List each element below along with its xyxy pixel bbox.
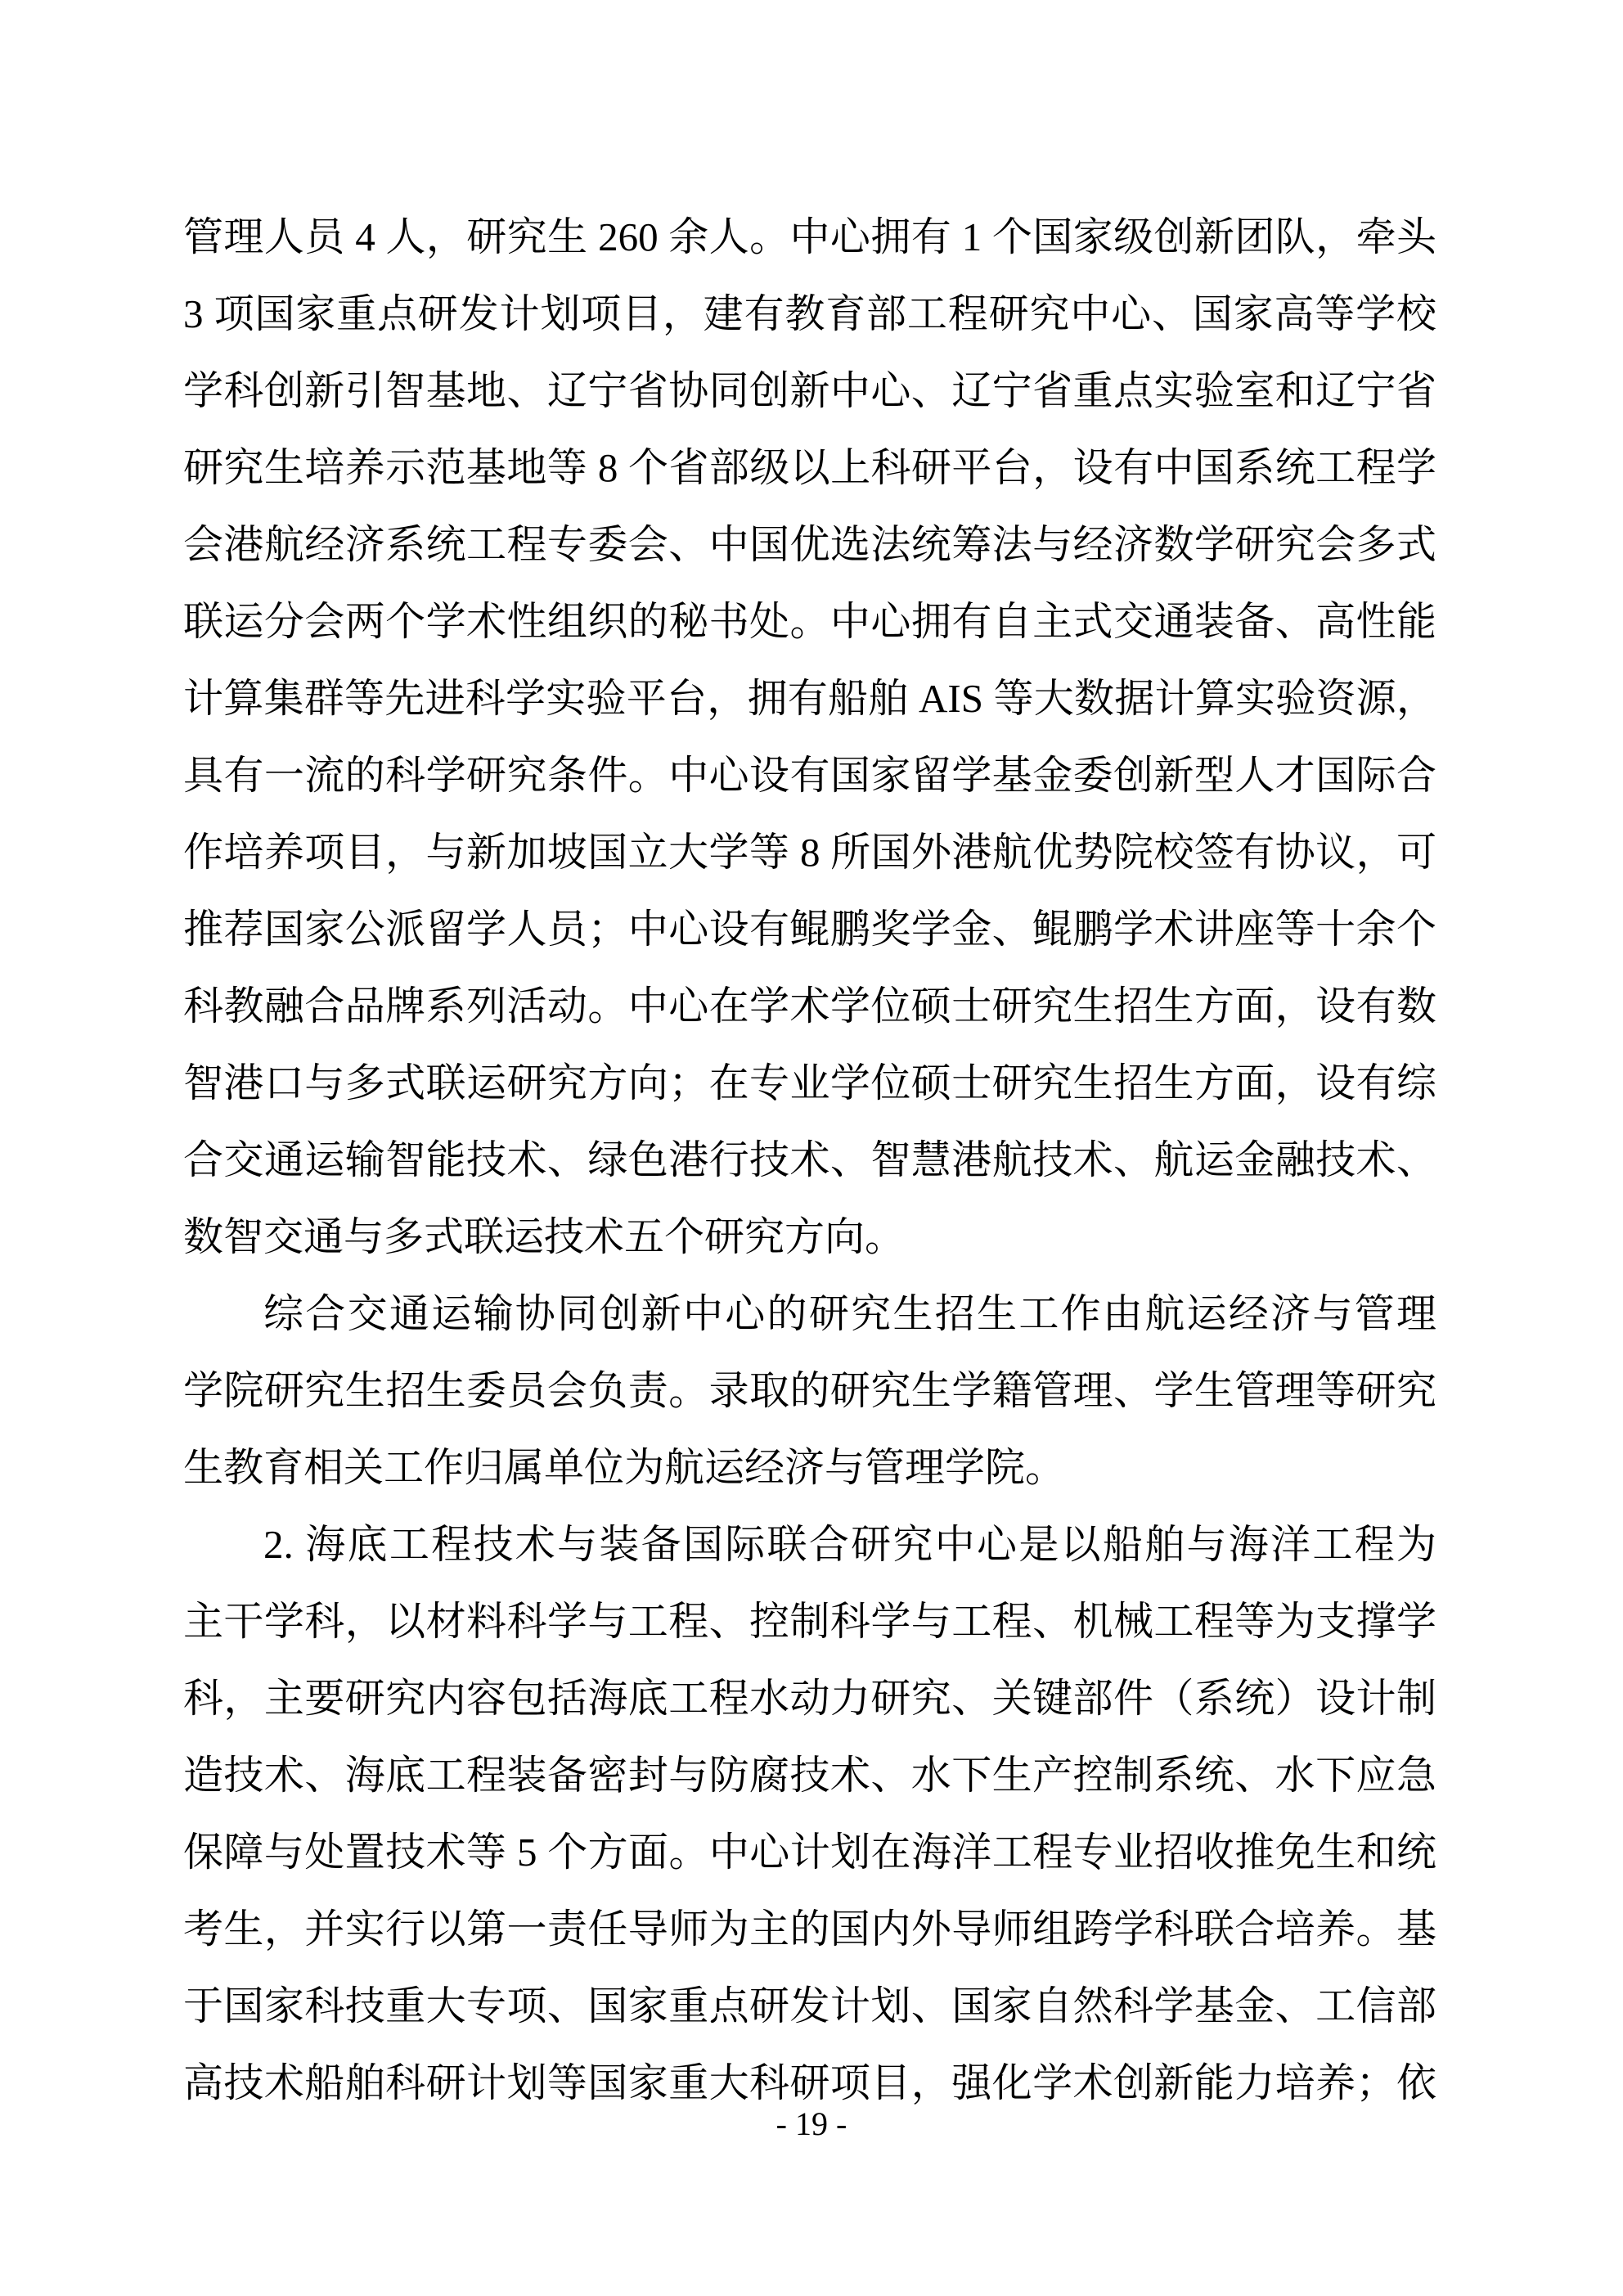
text-line: 计算集群等先进科学实验平台，拥有船舶 AIS 等大数据计算实验资源，: [183, 660, 1436, 737]
page-number: - 19 -: [0, 2108, 1623, 2141]
text-line: 科，主要研究内容包括海底工程水动力研究、关键部件（系统）设计制: [183, 1660, 1436, 1737]
text-line: 科教融合品牌系列活动。中心在学术学位硕士研究生招生方面，设有数: [183, 968, 1436, 1045]
text-line: 合交通运输智能技术、绿色港行技术、智慧港航技术、航运金融技术、: [183, 1122, 1436, 1199]
text-line: 智港口与多式联运研究方向；在专业学位硕士研究生招生方面，设有综: [183, 1045, 1436, 1122]
text-line: 保障与处置技术等 5 个方面。中心计划在海洋工程专业招收推免生和统: [183, 1814, 1436, 1891]
text-line: 作培养项目，与新加坡国立大学等 8 所国外港航优势院校签有协议，可: [183, 814, 1436, 891]
text-line: 造技术、海底工程装备密封与防腐技术、水下生产控制系统、水下应急: [183, 1737, 1436, 1814]
text-line: 会港航经济系统工程专委会、中国优选法统筹法与经济数学研究会多式: [183, 506, 1436, 583]
text-line: 于国家科技重大专项、国家重点研发计划、国家自然科学基金、工信部: [183, 1968, 1436, 2045]
text-line-paragraph-end: 生教育相关工作归属单位为航运经济与管理学院。: [183, 1429, 1436, 1506]
text-line: 主干学科，以材料科学与工程、控制科学与工程、机械工程等为支撑学: [183, 1583, 1436, 1660]
text-line-paragraph-start: 2. 海底工程技术与装备国际联合研究中心是以船舶与海洋工程为: [183, 1506, 1436, 1583]
text-line: 研究生培养示范基地等 8 个省部级以上科研平台，设有中国系统工程学: [183, 430, 1436, 506]
text-line: 具有一流的科学研究条件。中心设有国家留学基金委创新型人才国际合: [183, 737, 1436, 814]
text-line-paragraph-end: 数智交通与多式联运技术五个研究方向。: [183, 1199, 1436, 1276]
body-text: 管理人员 4 人，研究生 260 余人。中心拥有 1 个国家级创新团队，牵头 3…: [183, 199, 1436, 2122]
text-line: 考生，并实行以第一责任导师为主的国内外导师组跨学科联合培养。基: [183, 1891, 1436, 1968]
text-line-paragraph-start: 综合交通运输协同创新中心的研究生招生工作由航运经济与管理: [183, 1276, 1436, 1353]
text-line: 推荐国家公派留学人员；中心设有鲲鹏奖学金、鲲鹏学术讲座等十余个: [183, 891, 1436, 968]
text-line: 管理人员 4 人，研究生 260 余人。中心拥有 1 个国家级创新团队，牵头: [183, 199, 1436, 276]
text-line: 3 项国家重点研发计划项目，建有教育部工程研究中心、国家高等学校: [183, 276, 1436, 353]
text-line: 学科创新引智基地、辽宁省协同创新中心、辽宁省重点实验室和辽宁省: [183, 353, 1436, 430]
text-line: 学院研究生招生委员会负责。录取的研究生学籍管理、学生管理等研究: [183, 1353, 1436, 1429]
text-line: 联运分会两个学术性组织的秘书处。中心拥有自主式交通装备、高性能: [183, 583, 1436, 660]
document-page: 管理人员 4 人，研究生 260 余人。中心拥有 1 个国家级创新团队，牵头 3…: [0, 0, 1623, 2296]
